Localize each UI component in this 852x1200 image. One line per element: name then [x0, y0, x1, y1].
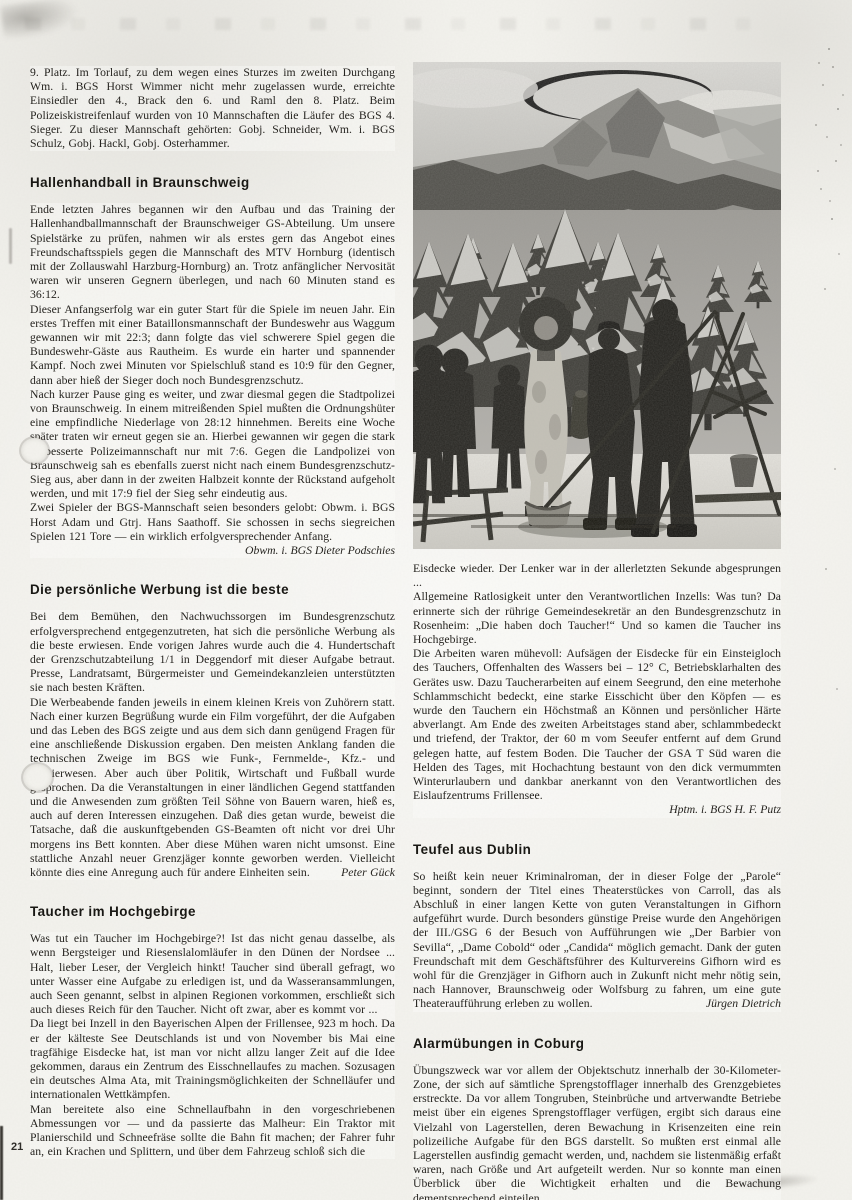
paragraph: Ende letzten Jahres begannen wir den Auf… — [30, 203, 395, 302]
section-heading: Alarmübungen in Coburg — [413, 1036, 781, 1051]
scan-speckles — [828, 48, 830, 50]
paragraph: Nach kurzer Pause ging es weiter, und zw… — [30, 388, 395, 502]
author-signature: Obwm. i. BGS Dieter Podschies — [30, 544, 395, 558]
paragraph: 9. Platz. Im Torlauf, zu dem wegen eines… — [30, 66, 395, 151]
scan-scratch — [9, 228, 12, 264]
paragraph: Zwei Spieler der BGS-Mannschaft seien be… — [30, 501, 395, 544]
right-column: Eisdecke wieder. Der Lenker war in der a… — [413, 62, 781, 1200]
photo-illustration — [413, 62, 781, 549]
paragraph: Dieser Anfangserfolg war ein guter Start… — [30, 303, 395, 388]
paragraph: Die Arbeiten waren mühevoll: Aufsägen de… — [413, 647, 781, 803]
author-signature: Peter Gück — [327, 866, 395, 880]
section-heading: Die persönliche Werbung ist die beste — [30, 582, 395, 597]
scan-blotch — [21, 438, 48, 463]
paragraph: Übungszweck war vor allem der Objektschu… — [413, 1064, 781, 1200]
section-heading: Teufel aus Dublin — [413, 842, 781, 857]
paragraph: So heißt kein neuer Kriminalroman, der i… — [413, 870, 781, 1012]
article-photo-divers-at-frozen-mountain-lake — [413, 62, 781, 549]
paragraph: Eisdecke wieder. Der Lenker war in der a… — [413, 562, 781, 590]
scan-edge-bar — [0, 1126, 3, 1200]
paragraph: Da liegt bei Inzell in den Bayerischen A… — [30, 1017, 395, 1102]
author-signature: Hptm. i. BGS H. F. Putz — [413, 803, 781, 817]
scan-streak — [25, 18, 785, 30]
right-column-text: Eisdecke wieder. Der Lenker war in der a… — [413, 562, 781, 1200]
scan-blotch — [23, 764, 52, 791]
left-column: 9. Platz. Im Torlauf, zu dem wegen eines… — [30, 66, 395, 1159]
paragraph: Die Werbeabende fanden jeweils in einem … — [30, 696, 395, 881]
paragraph: Was tut ein Taucher im Hochgebirge?! Ist… — [30, 932, 395, 1017]
paragraph: Allgemeine Ratlosigkeit unter den Verant… — [413, 590, 781, 647]
section-heading: Taucher im Hochgebirge — [30, 904, 395, 919]
section-heading: Hallenhandball in Braunschweig — [30, 175, 395, 190]
magazine-page: 9. Platz. Im Torlauf, zu dem wegen eines… — [0, 0, 852, 1200]
author-signature: Jürgen Dietrich — [692, 997, 781, 1011]
paragraph: Man bereitete also eine Schnellaufbahn i… — [30, 1103, 395, 1160]
page-number: 21 — [11, 1141, 23, 1153]
paragraph: Bei dem Bemühen, den Nachwuchssorgen im … — [30, 610, 395, 695]
